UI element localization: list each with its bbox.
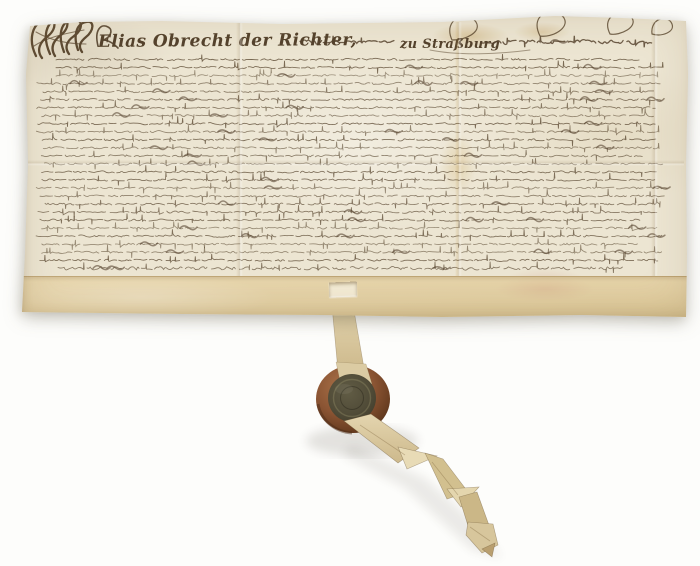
cast-shadow [306,426,502,558]
charter-photograph: Elias Obrecht der Richter, zu Straßburg [0,0,700,566]
seal-tag-tail [344,414,498,557]
seal-impression-inner-ring [341,387,364,410]
parchment-charter: Elias Obrecht der Richter, zu Straßburg [22,14,690,318]
wax-seal-rim [316,365,390,433]
opening-place-text: zu Straßburg [400,37,500,52]
seal-tag-slot [329,282,358,298]
seal-tag-over-wax [336,362,372,386]
seal-impression-ring [334,380,371,417]
wax-seal-center [328,374,376,422]
ornamental-initial [32,19,93,58]
opening-name-text: Elias Obrecht der Richter, [98,30,357,52]
